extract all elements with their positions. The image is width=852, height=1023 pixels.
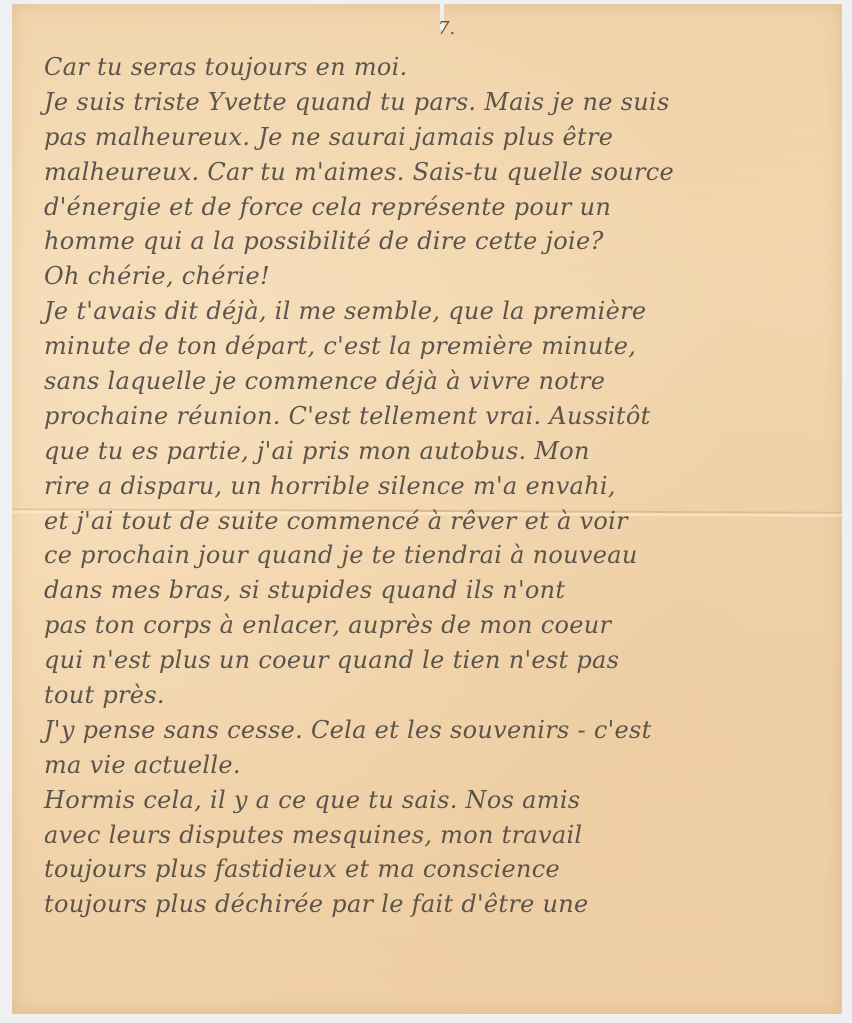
text-line: Je t'avais dit déjà, il me semble, que l… (44, 294, 844, 329)
text-line: toujours plus fastidieux et ma conscienc… (44, 852, 844, 887)
text-line: et j'ai tout de suite commencé à rêver e… (44, 504, 844, 539)
text-line: Car tu seras toujours en moi. (44, 50, 844, 85)
page-number: 7. (438, 18, 455, 39)
scanned-document: 7. Car tu seras toujours en moi. Je suis… (0, 0, 852, 1023)
text-line: dans mes bras, si stupides quand ils n'o… (44, 573, 844, 608)
text-line: Hormis cela, il y a ce que tu sais. Nos … (44, 783, 844, 818)
handwritten-text: Car tu seras toujours en moi. Je suis tr… (44, 50, 844, 922)
text-line: tout près. (44, 678, 844, 713)
text-line: qui n'est plus un coeur quand le tien n'… (44, 643, 844, 678)
text-line: Je suis triste Yvette quand tu pars. Mai… (44, 85, 844, 120)
text-line: sans laquelle je commence déjà à vivre n… (44, 364, 844, 399)
text-line: pas malheureux. Je ne saurai jamais plus… (44, 120, 844, 155)
text-line: rire a disparu, un horrible silence m'a … (44, 469, 844, 504)
text-line: toujours plus déchirée par le fait d'êtr… (44, 887, 844, 922)
text-line: ce prochain jour quand je te tiendrai à … (44, 538, 844, 573)
text-line: avec leurs disputes mesquines, mon trava… (44, 818, 844, 853)
text-line: minute de ton départ, c'est la première … (44, 329, 844, 364)
letter-page: 7. Car tu seras toujours en moi. Je suis… (12, 4, 842, 1014)
text-line: Oh chérie, chérie! (44, 259, 844, 294)
text-line: d'énergie et de force cela représente po… (44, 190, 844, 225)
text-line: que tu es partie, j'ai pris mon autobus.… (44, 434, 844, 469)
text-line: ma vie actuelle. (44, 748, 844, 783)
text-line: homme qui a la possibilité de dire cette… (44, 224, 844, 259)
text-line: prochaine réunion. C'est tellement vrai.… (44, 399, 844, 434)
text-line: pas ton corps à enlacer, auprès de mon c… (44, 608, 844, 643)
text-line: J'y pense sans cesse. Cela et les souven… (44, 713, 844, 748)
text-line: malheureux. Car tu m'aimes. Sais-tu quel… (44, 155, 844, 190)
